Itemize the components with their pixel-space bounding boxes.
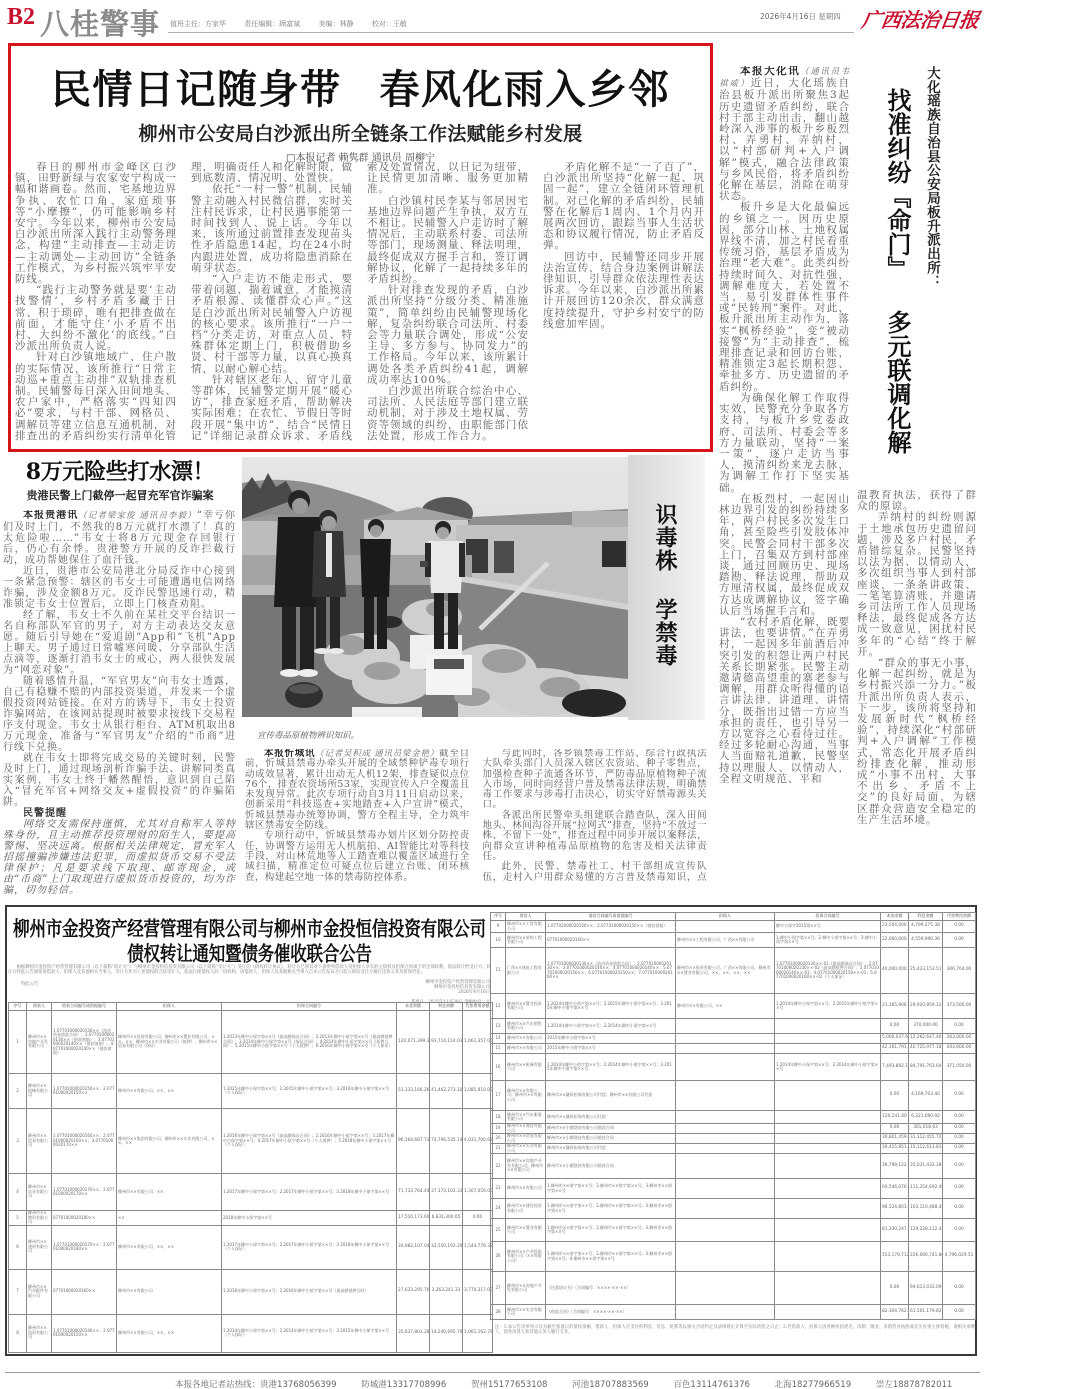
cell-fees: 0.00 xyxy=(943,1179,976,1199)
cell-fees: 1,061,162.79 xyxy=(463,1314,493,1352)
cell-guarantor: 柳州市××投资有限公司、柳州市××置业有限公司、××、××、柳州市××实业有限公… xyxy=(117,1011,222,1074)
paragraph: “践行主动警务就是要‘主动找警情’，乡村矛盾多藏于日常、积于琐碎，唯有把排查做在… xyxy=(15,285,177,352)
cell-fees: 0.00 xyxy=(943,1199,976,1219)
cell-no: 6 xyxy=(9,1225,27,1269)
col-header-loan-contract: 借款合同编号或借据编号 xyxy=(546,913,676,921)
cell-principal: 82,304,762.24 xyxy=(881,1305,909,1320)
paragraph: “入户走访不能走形式，要带着问题、揣着诚意，才能摸清矛盾根源、读懂群众心声。”这… xyxy=(191,274,353,375)
debt-transfer-announcement: 柳州市金投资产经营管理有限公司与柳州市金投恒信投资有限公司 债权转让通知暨债务催… xyxy=(5,905,977,1356)
fraud-article-body: 本报贵港讯（记者梁家俊 通讯员李毅）“幸亏你们及时上门，不然我的8万元就打水漂了… xyxy=(3,510,236,895)
table-row: 18 柳州市××汽车服务有限公司 柳州市××融资担保有限公司代偿 120,241… xyxy=(491,1111,976,1124)
table-row: 23 柳州市××有限公司 1.柳州市××借字第××号；2.柳州市××借字第××号… xyxy=(491,1179,976,1199)
cell-borrower: 柳州市××汽车销售有限公司 xyxy=(506,1019,546,1034)
cell-guarantee-contract xyxy=(775,1242,881,1272)
cell-fees: 0.00 xyxy=(943,1219,976,1242)
cell-principal: 30,415,851.76 xyxy=(881,1144,909,1154)
col-header-principal: 本金余额 xyxy=(397,1003,430,1011)
cell-borrower: 柳州市××投资有限公司 xyxy=(27,1314,52,1352)
cell-fees: 0.00 xyxy=(943,933,976,948)
cell-guarantor xyxy=(676,1124,775,1134)
cell-guarantee-contract: 1.2014年柳中小保字第××号；2.2015年柳中小抵字第××号 xyxy=(775,994,881,1019)
cell-interest: 74,796,535.14 xyxy=(430,1109,463,1174)
paragraph: 就在韦女士即将完成交易的关键时刻，民警及时上门，通过现场剖析诈骗手法、讲解同类真… xyxy=(3,753,236,808)
headline-part-1: 民情日记随身带 xyxy=(51,67,342,113)
cell-borrower: 柳州市××实业有限公司 xyxy=(27,1174,52,1211)
cell-no: 14 xyxy=(491,1034,506,1044)
cell-guarantor xyxy=(676,1242,775,1272)
cell-guarantor xyxy=(676,1044,775,1054)
cell-fees: 0.00 xyxy=(943,1272,976,1305)
credit-duty-director: 值班主任：方家华 xyxy=(170,20,226,28)
cell-principal: 35,637,803.28 xyxy=(397,1314,430,1352)
cell-interest: 84,791,763.64 xyxy=(909,1054,943,1081)
police-tip-text: 网络交友需保持谨慎，尤其对自称军人等特殊身份，且主动推荐投资理财的陌生人，要提高… xyxy=(3,819,236,895)
cell-principal: 120,071,399.30 xyxy=(397,1011,430,1074)
cell-loan-contract: 1.07701000020150××；2.07701000020150××（借款… xyxy=(546,921,676,933)
cell-interest: 4,799,275.38 xyxy=(909,921,943,933)
cell-fees: 0.00 xyxy=(943,1081,976,1111)
cell-interest: 41,462,273.10 xyxy=(430,1074,463,1109)
cell-guarantor xyxy=(676,1305,775,1320)
table-row: 26 柳州市××产业投资有限公司（××有限公司） 1.柳州市××借字第××号；2… xyxy=(491,1242,976,1272)
cell-guarantee-contract xyxy=(775,1034,881,1044)
cell-no: 20 xyxy=(491,1134,506,1144)
cell-borrower: 柳州市××商贸有限公司 xyxy=(506,1124,546,1134)
cell-loan-contract: 07701000020180×× xyxy=(52,1211,117,1226)
hotline-beihai: 北海18277966519 xyxy=(775,1380,852,1389)
cell-principal: 34,982,107.04 xyxy=(397,1225,430,1269)
cell-no: 25 xyxy=(491,1219,506,1242)
table-row: 11 广西××建筑工程有限公司 1.07701000020130××（流动资金借… xyxy=(491,948,976,994)
paragraph: 弄纳村的纠纷则源于土地承包历史遗留问题，涉及多户村民，矛盾错综复杂。民警坚持以法… xyxy=(857,512,977,658)
cell-loan-contract: 柳州市××融资担保有限公司代偿 xyxy=(546,1111,676,1124)
cell-interest: 37,173,102.33 xyxy=(430,1174,463,1211)
cell-fees: 371,050.00 xyxy=(943,1054,976,1081)
cell-guarantor: 柳州市××有限公司 xyxy=(117,1269,222,1314)
cell-loan-contract: 1.07701000020160××；2.07701000020160××；3.… xyxy=(52,1109,117,1174)
cell-guarantee-contract xyxy=(775,1219,881,1242)
cell-borrower: 柳州市××房地产开发有限公司 xyxy=(27,1011,52,1074)
paragraph: “农村矛盾化解，既要讲法，也要讲情。”在弄勇村，一起因多年前酒后冲突引发的积怨让… xyxy=(719,617,850,785)
table-row: 12 柳州市××置业投资有限公司 1.2014年柳中小借字第××号；2.2015… xyxy=(491,994,976,1019)
table-row: 20 柳州市××贸易有限公司 柳州市××小额贷款有限公司借款合同 30,801,… xyxy=(491,1134,976,1144)
cell-guarantee-contract xyxy=(775,1199,881,1219)
cell-borrower: 柳州市××有限公司 xyxy=(506,1044,546,1054)
announcement-title-line-2: 债权转让通知暨债务催收联合公告 xyxy=(8,938,491,967)
paragraph: 白沙镇村民李某与邻居因宅基地边界问题产生争执，双方互不相让。民辅警入户走访时了解… xyxy=(367,196,529,286)
cell-guarantee-contract: 1.2015年柳中小保字第××号；2.2015年柳中小抵字第××号；3.2016… xyxy=(222,1074,397,1109)
cell-guarantor xyxy=(676,1144,775,1154)
table-header-row: 序号 借款人 借款合同编号或借据编号 担保人 担保合同编号 本金余额 利息余额 … xyxy=(491,913,976,921)
cell-no: 13 xyxy=(491,1019,506,1034)
cell-guarantee-contract xyxy=(775,1134,881,1144)
cell-principal: 96,164,687.73 xyxy=(397,1109,430,1174)
cell-no: 1 xyxy=(9,1011,27,1074)
cell-interest: 31,112,455.72 xyxy=(909,1134,943,1144)
cell-guarantee-contract xyxy=(775,1154,881,1179)
cell-principal: 71,733,764.44 xyxy=(397,1174,430,1211)
paragraph: 本报贵港讯（记者梁家俊 通讯员李毅）“幸亏你们及时上门，不然我的8万元就打水漂了… xyxy=(3,510,236,566)
cell-guarantee-contract xyxy=(775,1081,881,1111)
col-header-no: 序号 xyxy=(491,913,506,921)
announcement-signatories: 柳州市金投资产经营管理有限公司 柳州市金投恒信投资有限公司 2026年4月16日 xyxy=(387,981,490,995)
credit-designer: 美编：林静 xyxy=(318,20,353,28)
cell-borrower: 柳州市××机械有限公司 xyxy=(506,1054,546,1081)
col-header-guarantee-contract: 担保合同编号 xyxy=(222,1003,397,1011)
header-divider xyxy=(168,32,854,33)
cell-guarantor: 柳州市××投资有限公司、广西××有限公司、柳州市××置业有限公司、××、××、×… xyxy=(676,948,775,994)
photo-title-part-1: 识毒株 xyxy=(652,503,678,572)
table-row: 19 柳州市××商贸有限公司 柳州市××小额贷款有限公司借款合同 0.00 30… xyxy=(491,1124,976,1134)
headline-part-2: 春风化雨入乡邻 xyxy=(380,67,671,113)
table-row: 3 柳州市××贸易有限公司 1.07701000020160××；2.07701… xyxy=(9,1109,493,1174)
table-row: 6 柳州市××建材有限公司 1.07701000020170××；2.07701… xyxy=(9,1225,493,1269)
cell-guarantee-contract xyxy=(775,1144,881,1154)
cell-interest: 370,000.00 xyxy=(909,1019,943,1034)
cell-principal: 0.00 xyxy=(881,1019,909,1034)
cell-no: 3 xyxy=(9,1109,27,1174)
table-row: 21 柳州市××实业有限公司 柳州市××融资担保有限公司代偿 30,415,85… xyxy=(491,1144,976,1154)
paragraph: 专项行动中，忻城县禁毒办划片区划分防控责任，协调警方运用无人机航拍、AI智能比对… xyxy=(245,831,470,882)
cell-principal: 96,524,803.71 xyxy=(881,1199,909,1219)
col-header-principal: 本金余额 xyxy=(881,913,909,921)
cell-guarantee-contract: 1.2014年柳中小保字第××号；2.2014年柳中小抵字第××号 xyxy=(775,1054,881,1081)
paragraph: 矛盾化解不是“一了百了”，白沙派出所坚持“化解一起、巩固一起”，建立全链闭环管理… xyxy=(543,162,705,252)
cell-loan-contract: 1.07701000020170××；2.07701000020170×× xyxy=(52,1174,117,1211)
cell-borrower: 柳州市××有限公司；柳州市××有限公司 xyxy=(506,1081,546,1111)
table-row: 24 柳州市××建设投资有限公司 1.柳州市××借字第××号；2.柳州市××借字… xyxy=(491,1199,976,1219)
cell-principal: 17,510,173.60 xyxy=(397,1211,430,1226)
table-row: 13 柳州市××汽车销售有限公司 1.2014年柳中小借字第××号；2.2014… xyxy=(491,1019,976,1034)
cell-fees: 0.00 xyxy=(943,1154,976,1179)
cell-no: 26 xyxy=(491,1242,506,1272)
paragraph: 随着感情升温，“军官男友”向韦女士透露，自己有稳赚不赔的内部投资渠道，并发来一个… xyxy=(3,676,236,753)
cell-no: 21 xyxy=(491,1144,506,1154)
cell-interest: 103,110,488.42 xyxy=(909,1199,943,1219)
paragraph: 各派出所民警牵头组建联合踏查队，深入田间地头、林间沟谷开展“拉网式”排查，坚持“… xyxy=(483,811,708,862)
cell-borrower: 柳州市××汽车配件有限公司 xyxy=(27,1269,52,1314)
cell-guarantor xyxy=(676,1134,775,1144)
cell-principal: 27,633,295.70 xyxy=(397,1269,430,1314)
cell-no: 4 xyxy=(9,1174,27,1211)
cell-fees: 0.00 xyxy=(943,1111,976,1124)
table-row: 10 柳州市××装饰工程有限公司 07701000020160×× 柳州市××工… xyxy=(491,933,976,948)
hotline-baise: 百色13114761376 xyxy=(673,1380,750,1389)
paragraph: 与此同时，各乡镇禁毒工作站、综合行政执法大队牵头部门人员深入辖区农资站、种子零售… xyxy=(483,749,708,811)
cell-principal: 0.00 xyxy=(881,1124,909,1134)
table-row: 16 柳州市××机械有限公司 1.2014年柳中小借字第××号；2.2014年柳… xyxy=(491,1054,976,1081)
table-row: 22 柳州市××房地产开发有限公司；柳州市××有限公司 柳州市××小额贷款有限公… xyxy=(491,1154,976,1179)
cell-fees: 0.00 xyxy=(943,1144,976,1154)
article-body: 春日的柳州市金峰区白沙镇，田野新绿与农家安宁构成一幅和谐画卷。然而，宅基地边界争… xyxy=(15,162,705,449)
cell-guarantor xyxy=(676,1272,775,1305)
lead-article: 民情日记随身带春风化雨入乡邻 柳州市公安局白沙派出所全链条工作法赋能乡村发展 □… xyxy=(8,43,713,452)
cell-guarantor xyxy=(676,1081,775,1111)
editorial-credits: 值班主任：方家华 责任编辑：顾富斌 美编：林静 校对：王敏 xyxy=(170,19,423,29)
cell-loan-contract: 柳州市××小额贷款有限公司借款合同 xyxy=(546,1134,676,1144)
cell-guarantor xyxy=(676,1034,775,1044)
cell-loan-contract: 07701000020160×× xyxy=(546,933,676,948)
side-article-kicker: 大化瑶族自治县公安局板升派出所： xyxy=(923,66,941,288)
cell-loan-contract: 《借款合同》（合同编号：××××-××-××） xyxy=(546,1305,676,1320)
cell-no: 12 xyxy=(491,994,506,1019)
article-subheadline: 柳州市公安局白沙派出所全链条工作法赋能乡村发展 xyxy=(11,119,710,146)
cell-borrower: 柳州市××房地产开发有限公司；柳州市××有限公司 xyxy=(506,1154,546,1179)
cell-interest: 12,262,647.40 xyxy=(909,1034,943,1044)
cell-guarantee-contract xyxy=(775,1305,881,1320)
cell-interest: 35,031,432.38 xyxy=(909,1154,943,1179)
cell-borrower: 柳州市××有限公司 xyxy=(506,1034,546,1044)
cell-borrower: 柳州市××建设投资有限公司 xyxy=(506,1199,546,1219)
cell-guarantee-contract: 1.07701000020130××-01《最高额保证合同》；2.0770100… xyxy=(775,948,881,994)
cell-interest: 111,354,692.49 xyxy=(909,1179,943,1199)
cell-interest: 15,112,613.83 xyxy=(909,1144,943,1154)
cell-no: 19 xyxy=(491,1124,506,1134)
col-header-guarantor: 担保人 xyxy=(117,1003,222,1011)
hotline-chongzuo: 崇左18878782011 xyxy=(876,1380,953,1389)
hotline-hezhou: 贺州15177653108 xyxy=(471,1380,548,1389)
col-header-fees: 代垫费用余额 xyxy=(943,913,976,921)
footer-hotlines: 本报各地记者站热线：贵港13768056399 防城港13317708996 贺… xyxy=(175,1378,974,1389)
cell-no: 8 xyxy=(9,1314,27,1352)
cell-guarantor: 柳州市××工程有限公司、广西××有限公司 xyxy=(676,933,775,948)
cell-borrower: 柳州市××机械有限公司 xyxy=(27,1074,52,1109)
police-tip-heading: 民警提醒 xyxy=(3,808,236,819)
cell-loan-contract: 柳州市××小额贷款有限公司借款合同 xyxy=(546,1124,676,1134)
photo-caption: 宣传毒品原植物辨识知识。 xyxy=(257,729,359,741)
cell-loan-contract: 1.2014年柳中小借字第××号；2.2014年柳中小借字第××号；3.2015… xyxy=(546,1054,676,1081)
col-header-no: 序号 xyxy=(9,1003,27,1011)
cell-guarantee-contract xyxy=(775,1111,881,1124)
cell-fees: 3,770,317.00 xyxy=(463,1269,493,1314)
cell-fees: 306,764.00 xyxy=(943,948,976,994)
cell-no: 23 xyxy=(491,1179,506,1199)
cell-no: 24 xyxy=(491,1199,506,1219)
cell-interest: 3,263,241.33 xyxy=(430,1269,463,1314)
table-row: 5 柳州市××物资有限公司 07701000020180×× ×× 2018年柳… xyxy=(9,1211,493,1226)
cell-loan-contract: 2015年柳中小借字第××号 xyxy=(546,1034,676,1044)
col-header-guarantee-contract: 担保合同编号 xyxy=(775,913,881,921)
table-row: 25 柳州市××置业有限公司 1.柳州市××借字第××号；2.柳州市××借字第×… xyxy=(491,1219,976,1242)
col-header-borrower: 借款人 xyxy=(27,1003,52,1011)
cell-guarantee-contract: 1.2017年柳中小保字第××号；2.2017年柳中小抵字第××号；3.2018… xyxy=(222,1225,397,1269)
cell-fees: 1,061,357.00 xyxy=(463,1011,493,1074)
cell-borrower: 广西××建筑工程有限公司 xyxy=(506,948,546,994)
paragraph: 白沙派出所联合综治中心、司法所、人民法庭等部门建立联动机制，对于涉及土地权属、劳… xyxy=(367,386,529,442)
cell-principal: 23,504,000.00 xyxy=(881,921,909,933)
cell-loan-contract: 1.07701000020130××（流动资金借款合同）；2.077010000… xyxy=(546,948,676,994)
cell-loan-contract: 《还款协议书》（合同编号：××××-××-××） xyxy=(546,1272,676,1305)
cell-guarantee-contract xyxy=(775,1124,881,1134)
cell-fees: 0.00 xyxy=(943,1124,976,1134)
cell-guarantor: 柳州市××有限公司、×× xyxy=(117,1174,222,1211)
footer-divider xyxy=(5,1372,980,1373)
cell-borrower: 柳州市××汽车服务有限公司 xyxy=(506,1111,546,1124)
cell-interest: 25,423,153.51 xyxy=(909,948,943,994)
table-row: 17 柳州市××有限公司；柳州市××有限公司 柳州市××融资担保有限公司代偿；柳… xyxy=(491,1081,976,1111)
cell-no: 5 xyxy=(9,1211,27,1226)
cell-fees: 373,500.00 xyxy=(943,994,976,1019)
paragraph: 为确保化解工作取得实效，民警充分争取各方支持，与板升乡党委政府、司法所、村委会等… xyxy=(719,393,850,494)
cell-guarantor xyxy=(676,1179,775,1199)
cell-loan-contract: 1.柳州市××借字第××号；2.柳州市××借字第××号；3.柳州市××借字第××… xyxy=(546,1219,676,1242)
cell-no: 10 xyxy=(491,933,506,948)
paragraph: 温教育执法，获得了群众的原谅。 xyxy=(857,490,977,512)
cell-guarantor xyxy=(676,1019,775,1034)
page-number: B2 xyxy=(7,4,35,31)
newspaper-logo: 广西法治日报 xyxy=(860,4,981,33)
cell-loan-contract: 1.柳州市××借字第××号；2.柳州市××借字第××号；3.柳州市××借字第××… xyxy=(546,1199,676,1219)
cell-loan-contract: 1.柳州市××借字第××号；2.柳州市××借字第××号；3.柳州市××借字第××… xyxy=(546,1179,676,1199)
dateline: 本报大化讯 xyxy=(740,66,800,77)
drug-article-body: 本报忻城讯（记者吴积成 通讯员梁金艳）截至目前，忻城县禁毒办牵头开展的全域禁种铲… xyxy=(245,749,707,895)
paragraph: 本报大化讯（通讯员韦祺威）近日，大化瑶族自治县板升派出所聚焦3起历史遗留矛盾纠纷… xyxy=(719,66,850,202)
cell-interest: 93,714,114.03 xyxy=(430,1011,463,1074)
cell-borrower: 柳州市××置业有限公司 xyxy=(506,1219,546,1242)
cell-principal: 60,546,076.25 xyxy=(881,1179,909,1199)
announcement-footnote: 注：1.本公告清单列示仅为截至基准日的债权余额，借款人、担保人应支付的利息、罚息… xyxy=(495,1325,975,1335)
cell-fees: 4,031,700.63 xyxy=(463,1109,493,1174)
cell-borrower: 柳州市××房地产开发有限公司 xyxy=(506,1272,546,1305)
dateline: 本报贵港讯 xyxy=(23,510,78,521)
credit-proofreader: 校对：王敏 xyxy=(372,20,407,28)
issue-date: 2026年4月16日 星期四 xyxy=(760,11,841,22)
cell-principal: 0.00 xyxy=(881,1081,909,1111)
cell-guarantee-contract: 1.柳中小保字第××号；2.柳中小抵字第××号；3.柳中小质字第××号 xyxy=(775,933,881,948)
paragraph: 回访中，民辅警还同步开展法治宣传，结合身边案例讲解法律知识，引导群众依法理性表达… xyxy=(543,252,705,330)
photo-vertical-title: 识毒株学禁毒 xyxy=(653,503,677,667)
cell-guarantor xyxy=(676,1219,775,1242)
cell-principal: 120,241.60 xyxy=(881,1111,909,1124)
cell-guarantor: 柳州市××有限公司、×× xyxy=(676,994,775,1019)
cell-loan-contract: 1.柳州市××借字第××号；2.柳州市××借字第××号；3.柳州市××借字第××… xyxy=(546,1242,676,1272)
table-row: 9 柳州市××工贸有限公司 1.07701000020150××；2.07701… xyxy=(491,921,976,933)
cell-no: 15 xyxy=(491,1044,506,1054)
cell-interest: 40,725,977.18 xyxy=(909,1044,943,1054)
cell-principal: 42,161,791.82 xyxy=(881,1044,909,1054)
debt-table-left: 序号 借款人 借款合同编号或借据编号 担保人 担保合同编号 本金余额 利息余额 … xyxy=(8,1002,493,1353)
col-header-guarantor: 担保人 xyxy=(676,913,775,921)
cell-guarantee-contract: 1.2014年柳中小保字第××号；2.2014年柳中小抵字第××号；3.2015… xyxy=(222,1314,397,1352)
article-headline: 民情日记随身带春风化雨入乡邻 xyxy=(11,68,710,112)
col-header-interest: 利息余额 xyxy=(430,1003,463,1011)
cell-guarantor xyxy=(676,1154,775,1179)
table-row: 1 柳州市××房地产开发有限公司 1.07701000020130××（流动资金… xyxy=(9,1011,493,1074)
cell-borrower: 柳州市××置业投资有限公司 xyxy=(506,994,546,1019)
cell-principal: 21,365,906.45 xyxy=(881,994,909,1019)
side-article-headline: 找准纠纷『命门』多元联调化解 xyxy=(883,88,911,454)
col-header-loan-contract: 借款合同编号或借据编号 xyxy=(52,1003,117,1011)
cell-no: 27 xyxy=(491,1272,506,1305)
cell-interest: 4,169,703.40 xyxy=(909,1081,943,1111)
paragraph: 本报忻城讯（记者吴积成 通讯员梁金艳）截至目前，忻城县禁毒办牵头开展的全域禁种铲… xyxy=(245,749,470,831)
hotline-hechi: 河池18707883569 xyxy=(572,1380,649,1389)
paragraph: 板升乡是大化最偏远的乡镇之一。因历史原因，部分山林、土地权属界线不清，加之村民看… xyxy=(719,202,850,392)
cell-principal: 0.00 xyxy=(881,1272,909,1305)
credit-editor: 责任编辑：顾富斌 xyxy=(244,20,300,28)
cell-guarantee-contract xyxy=(775,1044,881,1054)
cell-guarantor xyxy=(676,1199,775,1219)
cell-guarantee-contract xyxy=(775,1272,881,1305)
cell-loan-contract: 柳州市××融资担保有限公司代偿；柳州市××有限公司代偿 xyxy=(546,1081,676,1111)
cell-principal: 30,801,459.61 xyxy=(881,1134,909,1144)
cell-borrower: 柳州市××工贸有限公司 xyxy=(506,921,546,933)
cell-interest: 94,613,033.09 xyxy=(909,1272,943,1305)
cell-guarantor: ×× xyxy=(117,1211,222,1226)
debt-table-right: 序号 借款人 借款合同编号或借据编号 担保人 担保合同编号 本金余额 利息余额 … xyxy=(490,912,976,1320)
cell-guarantor: 柳州市××有限公司、××、×× xyxy=(117,1225,222,1269)
cell-guarantor xyxy=(676,921,775,933)
cell-guarantee-contract: 1.2013年柳中小保字第××号《最高额保证合同》；2.2013年柳中小抵字第×… xyxy=(222,1011,397,1074)
cell-guarantee-contract xyxy=(775,1019,881,1034)
table-row: 7 柳州市××汽车配件有限公司 07701000020160×× 柳州市××有限… xyxy=(9,1269,493,1314)
side-article-column-a: 本报大化讯（通讯员韦祺威）近日，大化瑶族自治县板升派出所聚焦3起历史遗留矛盾纠纷… xyxy=(719,66,850,893)
cell-interest: 226,090,741.80 xyxy=(909,1242,943,1272)
cell-interest: 6,321,090.92 xyxy=(909,1111,943,1124)
cell-fees: 0.00 xyxy=(943,1134,976,1144)
cell-loan-contract: 柳州市××小额贷款有限公司借款合同 xyxy=(546,1154,676,1179)
cell-fees: 0.00 xyxy=(943,1019,976,1034)
cell-interest: 4,559,990.36 xyxy=(909,933,943,948)
fraud-article-headline: 8万元险些打水漂！ xyxy=(0,455,240,486)
section-title: 八桂警事 xyxy=(40,2,160,43)
hotline-fangchenggang: 防城港13317708996 xyxy=(361,1380,446,1389)
cell-no: 7 xyxy=(9,1269,27,1314)
cell-fees: 4,796,029.51 xyxy=(943,1242,976,1272)
cell-interest: 33,550,192.29 xyxy=(430,1225,463,1269)
table-row: 14 柳州市××有限公司 2015年柳中小借字第××号 5,000,037.64… xyxy=(491,1034,976,1044)
photo-title-part-2: 学禁毒 xyxy=(653,598,677,667)
cell-interest: 6,831,300.05 xyxy=(430,1211,463,1226)
cell-loan-contract: 2015年柳中小借字第××号 xyxy=(546,1044,676,1054)
cell-guarantee-contract: 柳中小保字2015第××号 xyxy=(775,921,881,933)
cell-borrower: 柳州市××实业有限公司 xyxy=(506,1305,546,1320)
cell-fees: 1,085,810.00 xyxy=(463,1074,493,1109)
side-article-column-b: 温教育执法，获得了群众的原谅。 弄纳村的纠纷则源于土地承包历史遗留问题，涉及多户… xyxy=(857,490,977,893)
table-row: 4 柳州市××实业有限公司 1.07701000020170××；2.07701… xyxy=(9,1174,493,1211)
cell-borrower: 柳州市××贸易有限公司 xyxy=(27,1109,52,1174)
cell-guarantee-contract xyxy=(775,1179,881,1199)
cell-fees: 1,544,779.39 xyxy=(463,1225,493,1269)
cell-guarantee-contract: 1.2016年柳中小保字第××号《最高额保证合同》；2.2016年柳中小抵字第×… xyxy=(222,1109,397,1174)
cell-principal: 36,799,122.01 xyxy=(881,1154,909,1179)
cell-fees: 0.00 xyxy=(943,921,976,933)
paragraph: “群众的事无小事，化解一起纠纷，就是为乡村振兴添一分力。”板升派出所负责人表示，… xyxy=(857,658,977,826)
cell-borrower: 柳州市××建材有限公司 xyxy=(27,1225,52,1269)
cell-interest: 129,228,112.41 xyxy=(909,1219,943,1242)
cell-loan-contract: 1.07701000020170××；2.07701000020180×× xyxy=(52,1225,117,1269)
announcement-intro: 根据柳州市金投资产经营管理有限公司（以下简称“转让方”）与柳州市金投恒信投资有限… xyxy=(8,965,491,975)
cell-borrower: 柳州市××装饰工程有限公司 xyxy=(506,933,546,948)
col-header-borrower: 借款人 xyxy=(506,913,546,921)
headline-part-1: 找准纠纷『命门』 xyxy=(883,88,912,280)
cell-principal: 40,000,000.00 xyxy=(881,948,909,994)
cell-guarantor: 柳州市××集团有限公司、柳州市××实业有限公司、××、×× xyxy=(117,1109,222,1174)
cell-guarantor: 柳州市××有限公司、××、×× xyxy=(117,1074,222,1109)
paragraph: 春日的柳州市金峰区白沙镇，田野新绿与农家安宁构成一幅和谐画卷。然而，宅基地边界争… xyxy=(15,162,177,285)
cell-no: 11 xyxy=(491,948,506,994)
cell-loan-contract: 1.07701000020140××；2.07701000020150×× xyxy=(52,1314,117,1352)
paragraph: 在板烈村，一起因山林边界引发的纠纷持续多年，两户村民多次发生口角，甚至险些引发肢… xyxy=(719,494,850,617)
cell-loan-contract: 1.07701000020150××；2.07701000020150×× xyxy=(52,1074,117,1109)
cell-interest: 14,240,695.79 xyxy=(430,1314,463,1352)
cell-principal: 81,330,247.89 xyxy=(881,1219,909,1242)
cell-no: 16 xyxy=(491,1054,506,1081)
col-header-fees: 代垫费用余额 xyxy=(463,1003,493,1011)
cell-guarantor: 柳州市××有限公司、××、×× xyxy=(117,1314,222,1352)
paragraph: 针对排查发现的矛盾，白沙派出所坚持“分级分类、精准施策”，简单纠纷由民辅警现场化… xyxy=(367,285,529,386)
cell-borrower: 柳州市××贸易有限公司 xyxy=(506,1134,546,1144)
